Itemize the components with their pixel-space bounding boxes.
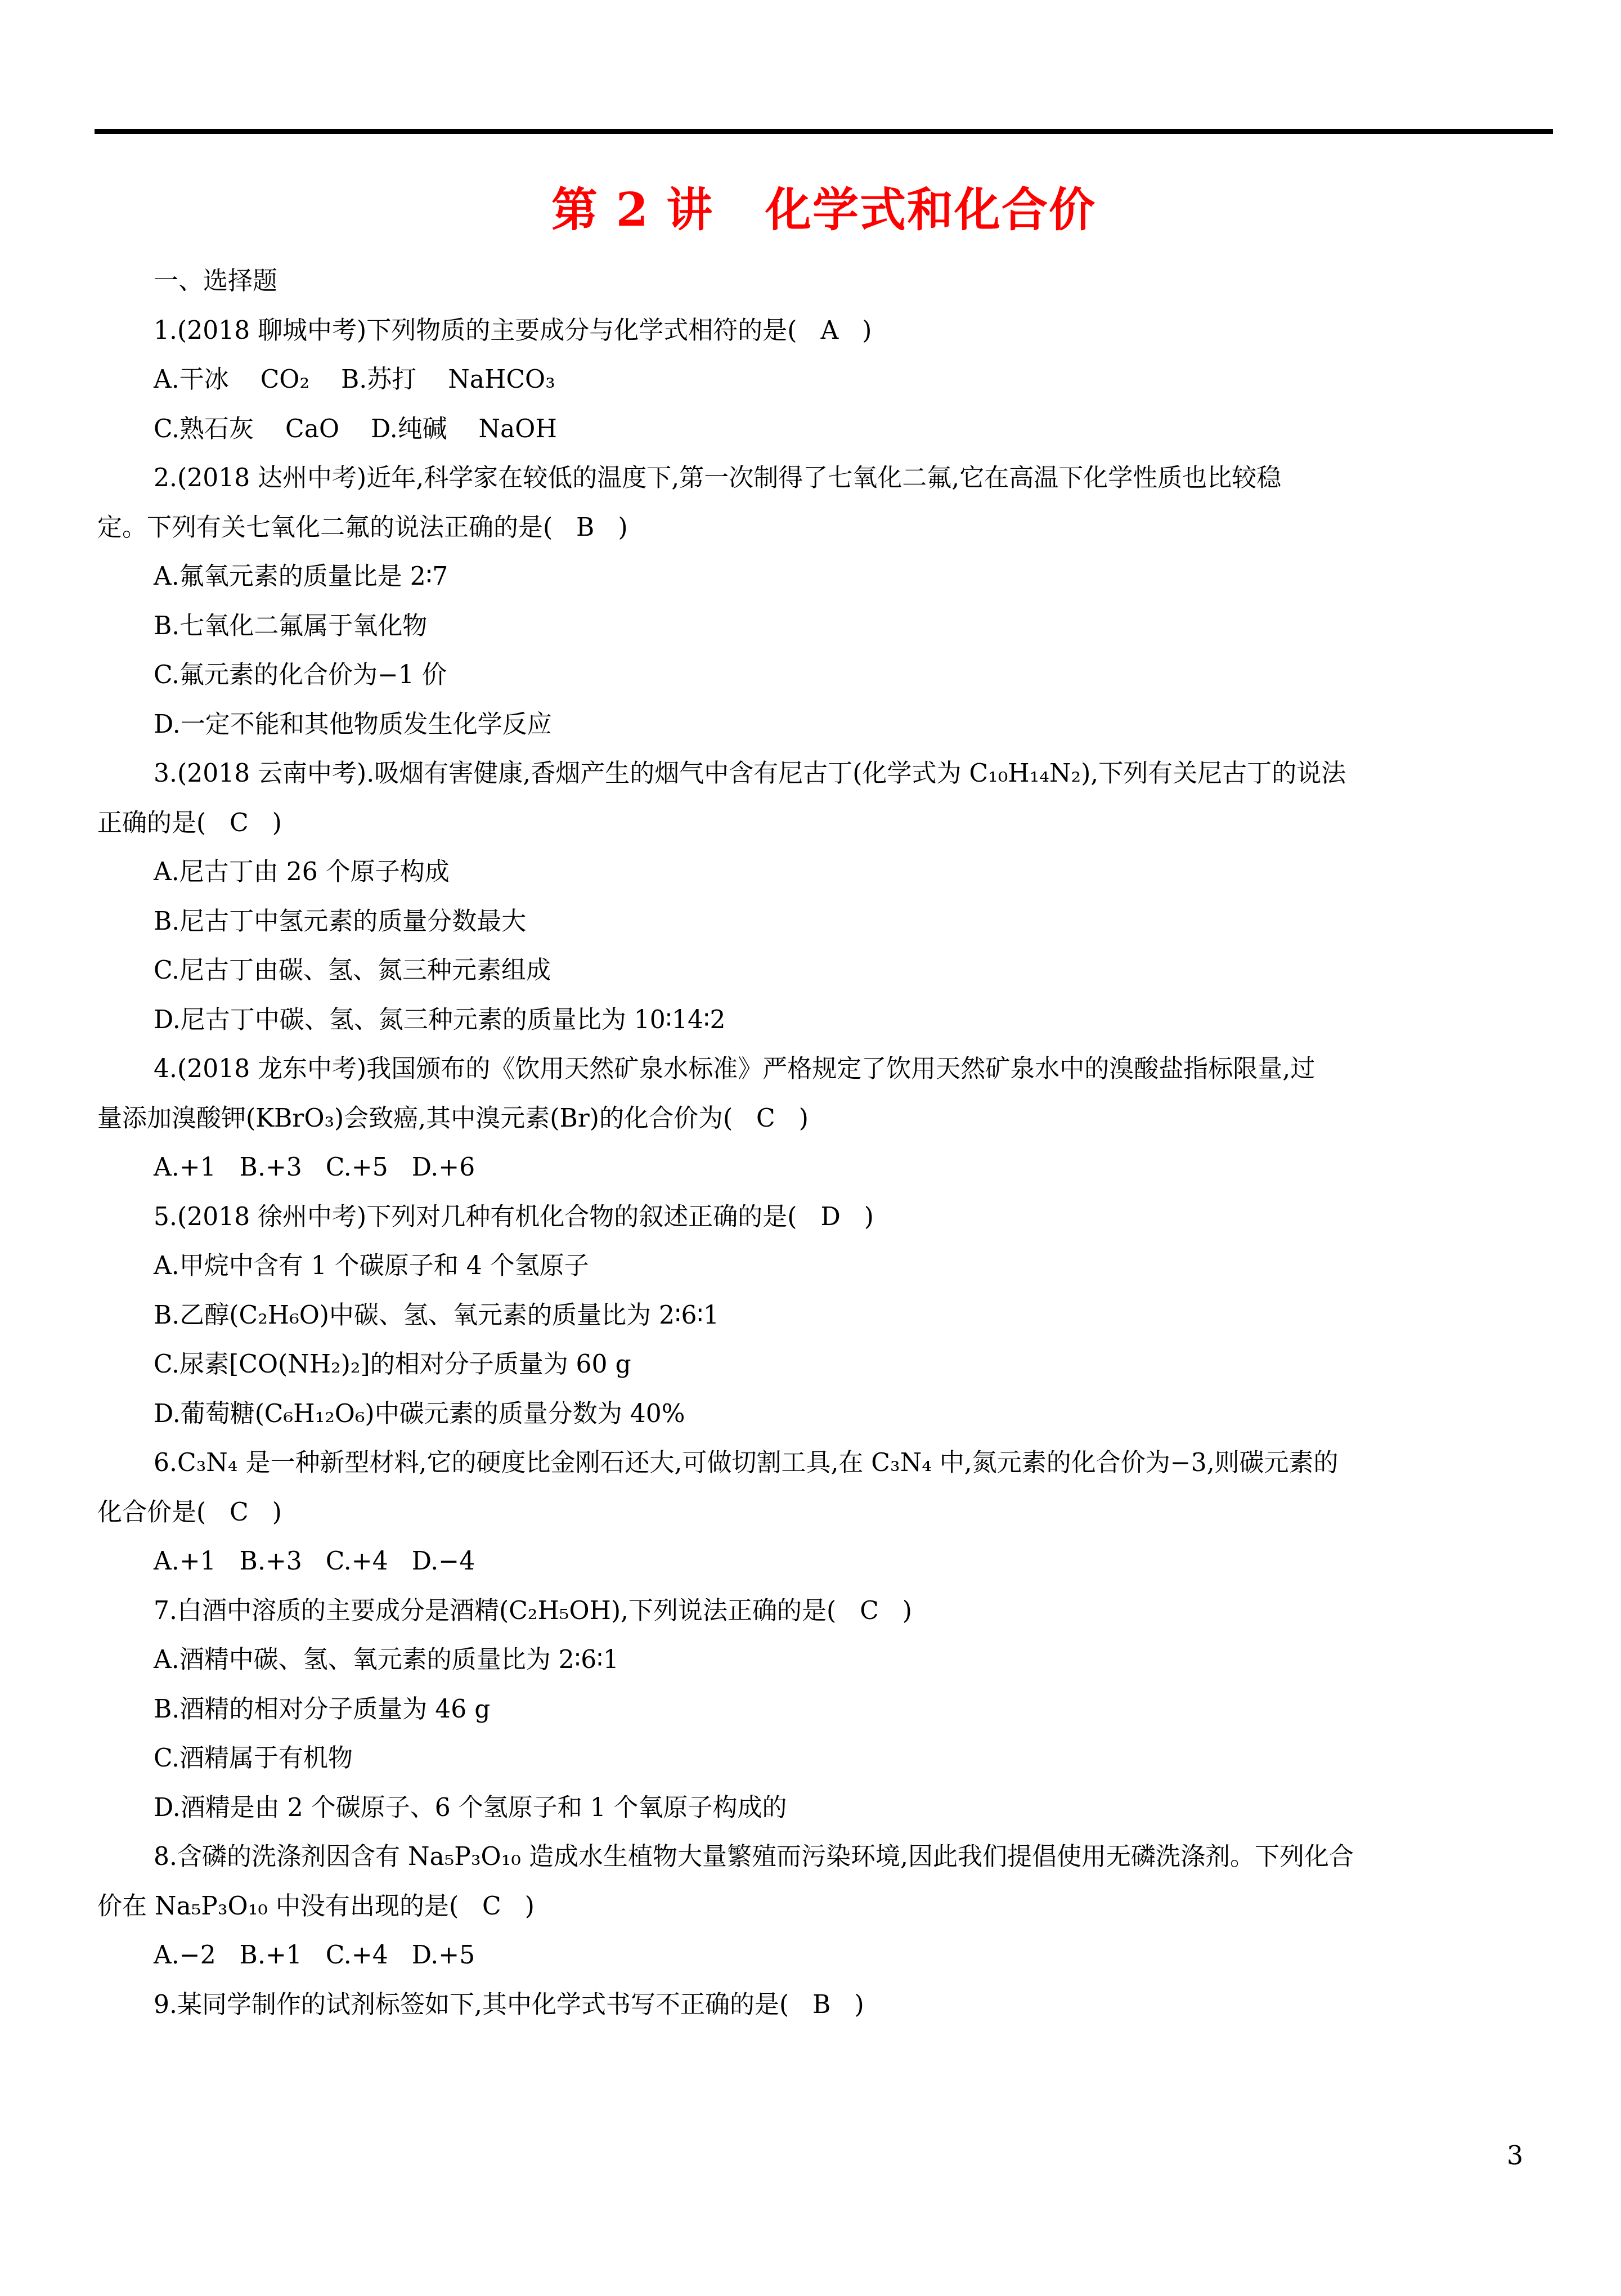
question-2-option-d: D.一定不能和其他物质发生化学反应: [97, 700, 1577, 750]
question-3-option-c: C.尼古丁由碳、氢、氮三种元素组成: [97, 946, 1577, 995]
question-2: 2.(2018 达州中考)近年,科学家在较低的温度下,第一次制得了七氧化二氟,它…: [97, 454, 1577, 749]
question-2-option-b: B.七氧化二氟属于氧化物: [97, 602, 1577, 651]
question-6-options: A.+1 B.+3 C.+4 D.−4: [97, 1537, 1577, 1586]
section-heading: 一、选择题: [97, 257, 1577, 306]
question-5-stem: 5.(2018 徐州中考)下列对几种有机化合物的叙述正确的是( D ): [97, 1192, 1577, 1242]
page-number: 3: [1507, 2140, 1523, 2171]
question-2-option-a: A.氟氧元素的质量比是 2∶7: [97, 552, 1577, 602]
question-1-stem: 1.(2018 聊城中考)下列物质的主要成分与化学式相符的是( A ): [97, 306, 1577, 356]
question-6: 6.C₃N₄ 是一种新型材料,它的硬度比金刚石还大,可做切割工具,在 C₃N₄ …: [97, 1438, 1577, 1586]
question-7-stem: 7.白酒中溶质的主要成分是酒精(C₂H₅OH),下列说法正确的是( C ): [97, 1586, 1577, 1636]
question-list: 一、选择题 1.(2018 聊城中考)下列物质的主要成分与化学式相符的是( A …: [97, 257, 1577, 2029]
question-9: 9.某同学制作的试剂标签如下,其中化学式书写不正确的是( B ): [97, 1980, 1577, 2030]
question-7: 7.白酒中溶质的主要成分是酒精(C₂H₅OH),下列说法正确的是( C ) A.…: [97, 1586, 1577, 1833]
question-3-option-b: B.尼古丁中氢元素的质量分数最大: [97, 897, 1577, 947]
question-8-stem-line-1: 8.含磷的洗涤剂因含有 Na₅P₃O₁₀ 造成水生植物大量繁殖而污染环境,因此我…: [97, 1832, 1577, 1882]
question-2-stem-line-2: 定。下列有关七氧化二氟的说法正确的是( B ): [97, 503, 1577, 553]
question-6-stem-line-2: 化合价是( C ): [97, 1488, 1577, 1537]
question-7-option-c: C.酒精属于有机物: [97, 1734, 1577, 1783]
question-8-options: A.−2 B.+1 C.+4 D.+5: [97, 1931, 1577, 1980]
question-3-option-a: A.尼古丁由 26 个原子构成: [97, 847, 1577, 897]
question-9-stem: 9.某同学制作的试剂标签如下,其中化学式书写不正确的是( B ): [97, 1980, 1577, 2030]
question-3-stem-line-2: 正确的是( C ): [97, 799, 1577, 848]
question-7-option-d: D.酒精是由 2 个碳原子、6 个氢原子和 1 个氧原子构成的: [97, 1783, 1577, 1833]
question-4: 4.(2018 龙东中考)我国颁布的《饮用天然矿泉水标准》严格规定了饮用天然矿泉…: [97, 1044, 1577, 1192]
question-3: 3.(2018 云南中考).吸烟有害健康,香烟产生的烟气中含有尼古丁(化学式为 …: [97, 749, 1577, 1044]
question-8-stem-line-2: 价在 Na₅P₃O₁₀ 中没有出现的是( C ): [97, 1882, 1577, 1931]
question-4-stem-line-1: 4.(2018 龙东中考)我国颁布的《饮用天然矿泉水标准》严格规定了饮用天然矿泉…: [97, 1044, 1577, 1094]
question-2-option-c: C.氟元素的化合价为−1 价: [97, 651, 1577, 700]
question-5-option-b: B.乙醇(C₂H₆O)中碳、氢、氧元素的质量比为 2∶6∶1: [97, 1291, 1577, 1340]
question-3-option-d: D.尼古丁中碳、氢、氮三种元素的质量比为 10∶14∶2: [97, 995, 1577, 1045]
question-4-options: A.+1 B.+3 C.+5 D.+6: [97, 1143, 1577, 1192]
question-8: 8.含磷的洗涤剂因含有 Na₅P₃O₁₀ 造成水生植物大量繁殖而污染环境,因此我…: [97, 1832, 1577, 1980]
question-5-option-d: D.葡萄糖(C₆H₁₂O₆)中碳元素的质量分数为 40%: [97, 1389, 1577, 1439]
question-2-stem-line-1: 2.(2018 达州中考)近年,科学家在较低的温度下,第一次制得了七氧化二氟,它…: [97, 454, 1577, 503]
lecture-title: 第 2 讲 化学式和化合价: [95, 179, 1553, 241]
question-5-option-c: C.尿素[CO(NH₂)₂]的相对分子质量为 60 g: [97, 1340, 1577, 1389]
document-page: 第 2 讲 化学式和化合价 一、选择题 1.(2018 聊城中考)下列物质的主要…: [0, 0, 1621, 2296]
question-5: 5.(2018 徐州中考)下列对几种有机化合物的叙述正确的是( D ) A.甲烷…: [97, 1192, 1577, 1439]
question-7-option-a: A.酒精中碳、氢、氧元素的质量比为 2∶6∶1: [97, 1635, 1577, 1685]
question-1-options-ab: A.干冰 CO₂ B.苏打 NaHCO₃: [97, 355, 1577, 405]
question-1-options-cd: C.熟石灰 CaO D.纯碱 NaOH: [97, 405, 1577, 454]
question-1: 1.(2018 聊城中考)下列物质的主要成分与化学式相符的是( A ) A.干冰…: [97, 306, 1577, 454]
question-6-stem-line-1: 6.C₃N₄ 是一种新型材料,它的硬度比金刚石还大,可做切割工具,在 C₃N₄ …: [97, 1438, 1577, 1488]
header-rule: [95, 129, 1553, 134]
question-4-stem-line-2: 量添加溴酸钾(KBrO₃)会致癌,其中溴元素(Br)的化合价为( C ): [97, 1094, 1577, 1143]
question-7-option-b: B.酒精的相对分子质量为 46 g: [97, 1685, 1577, 1734]
question-5-option-a: A.甲烷中含有 1 个碳原子和 4 个氢原子: [97, 1241, 1577, 1291]
question-3-stem-line-1: 3.(2018 云南中考).吸烟有害健康,香烟产生的烟气中含有尼古丁(化学式为 …: [97, 749, 1577, 799]
